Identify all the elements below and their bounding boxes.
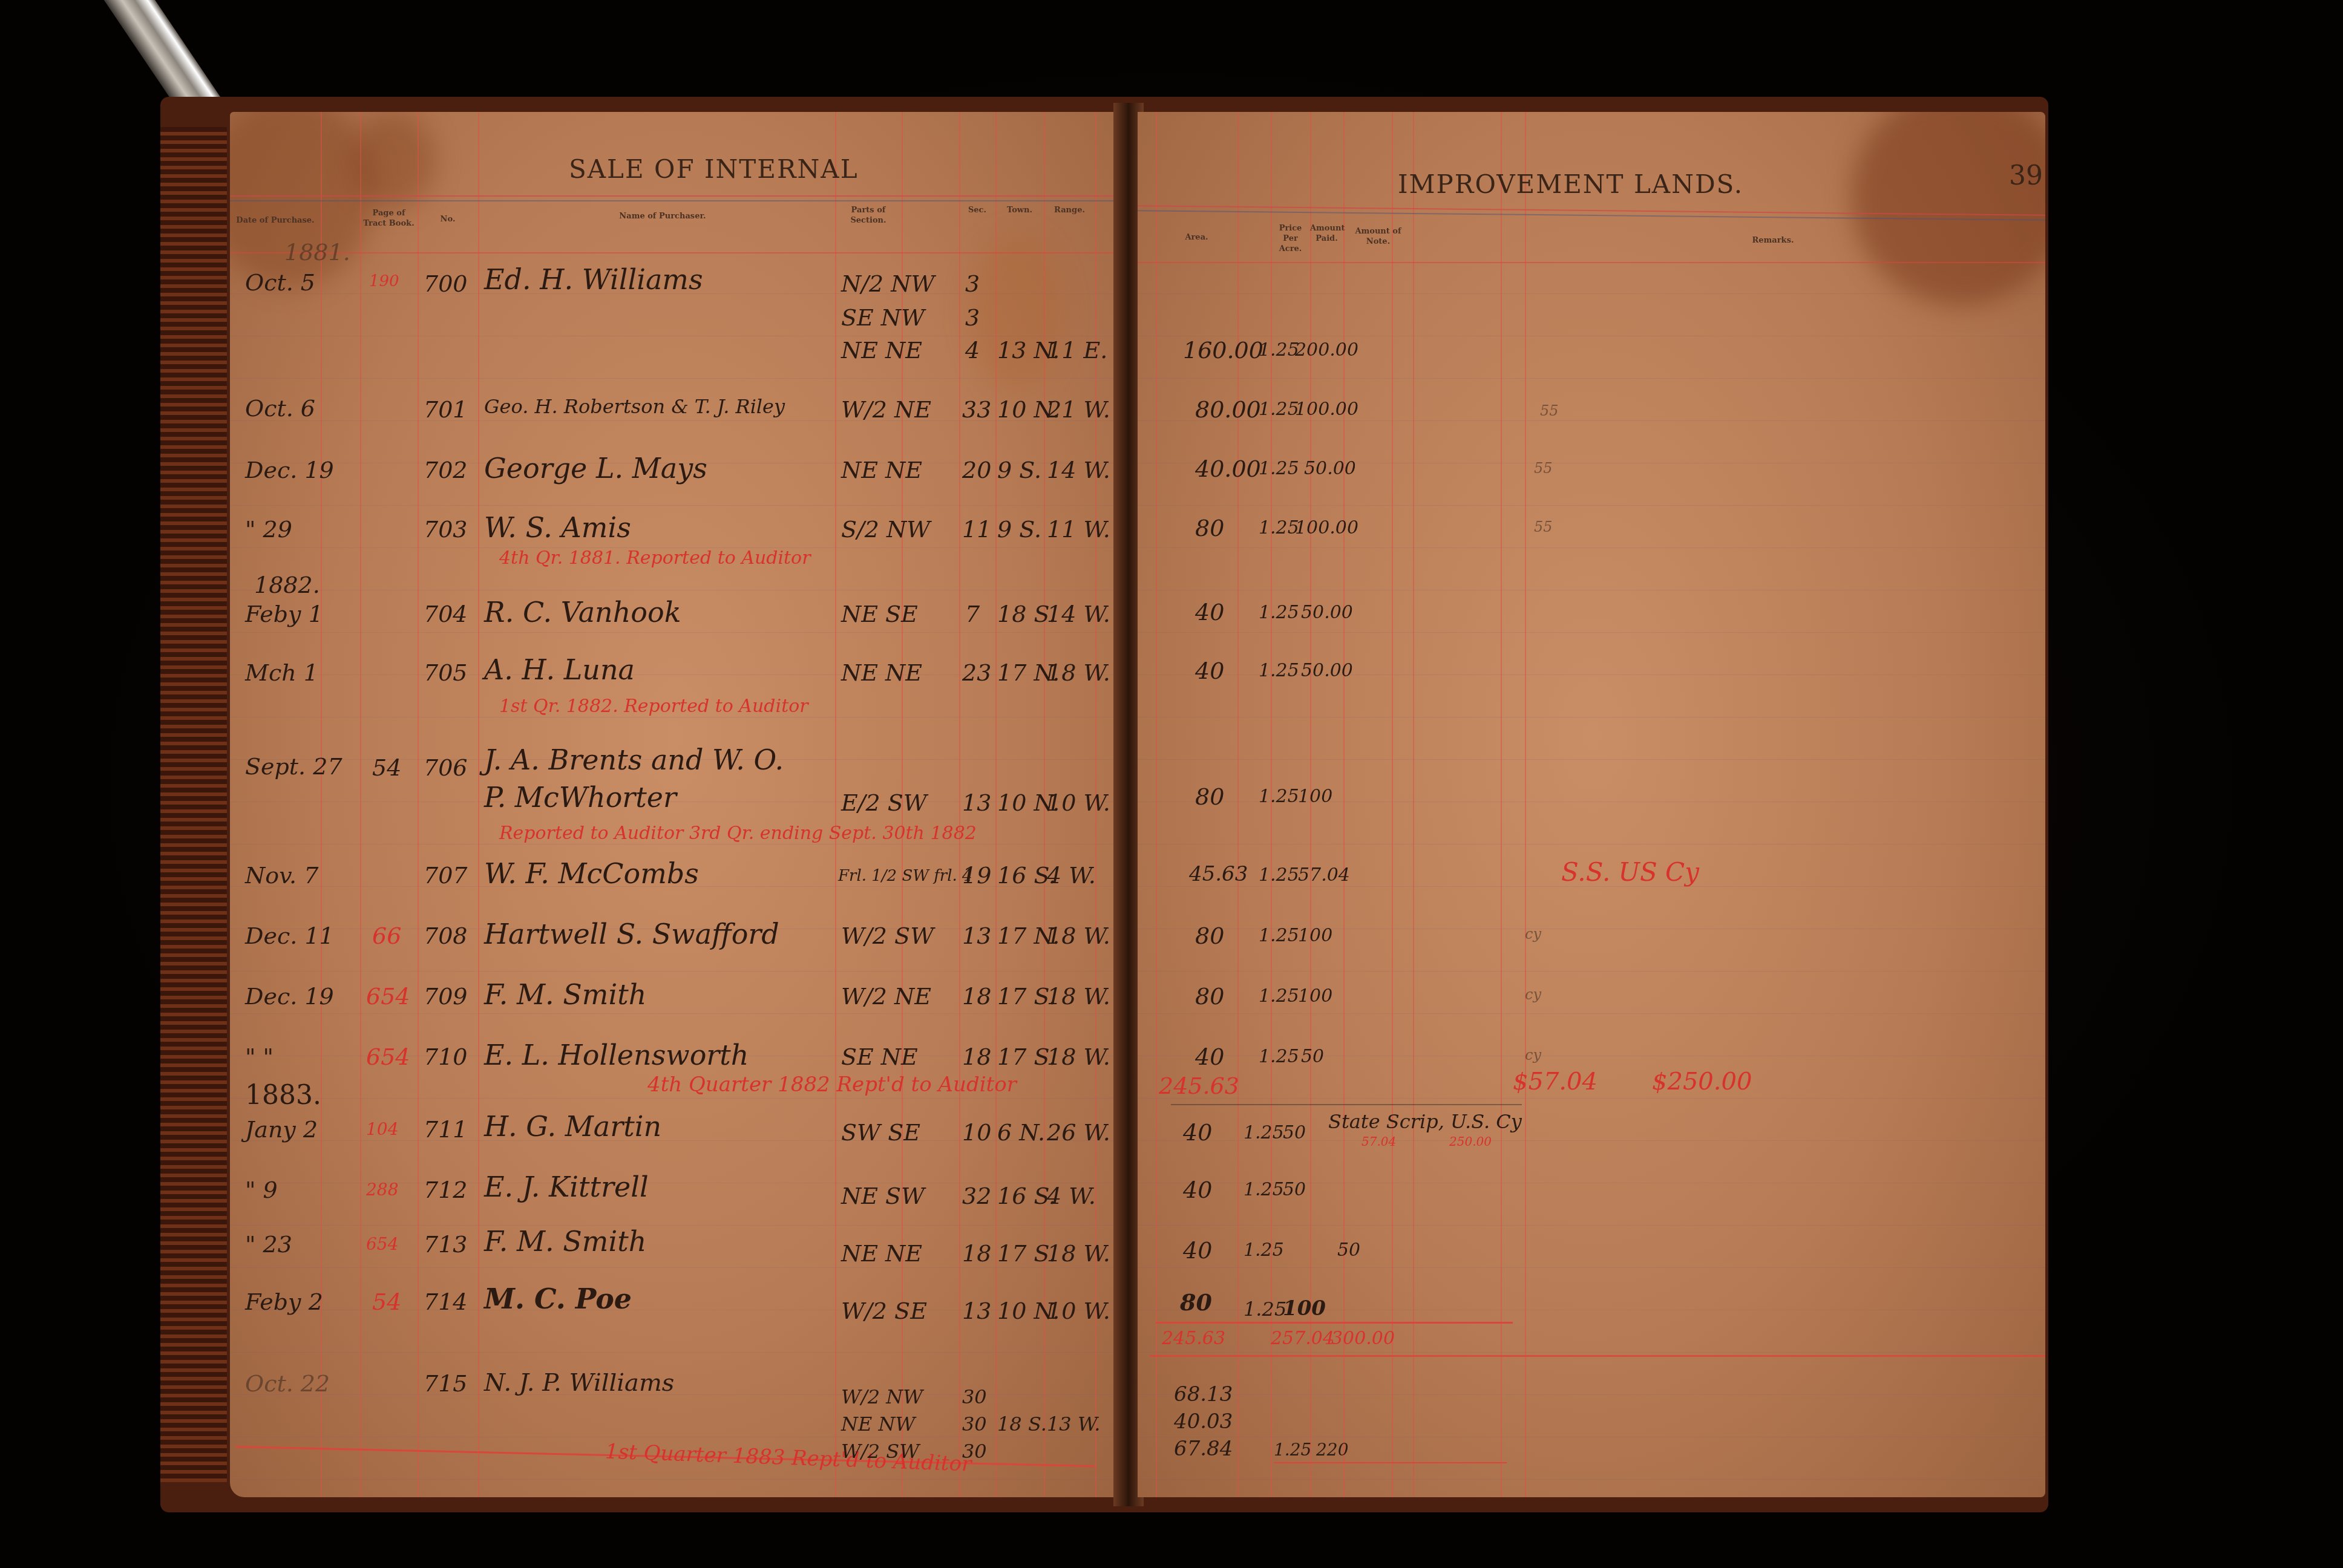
entry-number: 702 xyxy=(424,457,468,483)
auditor-note: 4th Quarter 1882 Rept'd to Auditor xyxy=(647,1073,1017,1097)
entry-sec: 10 xyxy=(962,1119,991,1146)
entry-date: Oct. 5 xyxy=(245,269,315,296)
entry-paid: 50 xyxy=(1283,1179,1306,1200)
entry-name: Hartwell S. Swafford xyxy=(484,918,779,950)
entry-date: Feby 2 xyxy=(245,1289,323,1315)
entry-sec: 18 xyxy=(962,1044,991,1070)
entry-date: Mch 1 xyxy=(245,659,318,686)
entry-range: 11 E. xyxy=(1047,337,1107,364)
auditor-note: 4th Qr. 1881. Reported to Auditor xyxy=(499,547,811,569)
entry-remark: 55 xyxy=(1534,460,1553,477)
entry-price: 1.25 xyxy=(1244,1298,1286,1321)
entry-price: 1.25 xyxy=(1259,458,1299,479)
entry-price: 1.25 xyxy=(1274,1440,1311,1460)
entry-tract-page: 190 xyxy=(369,272,399,290)
entry-number: 709 xyxy=(424,983,468,1010)
entry-remark: S.S. US Cy xyxy=(1561,857,1699,887)
us-currency-total: $250.00 xyxy=(1652,1068,1752,1096)
entry-area: 40 xyxy=(1195,658,1224,684)
entry-number: 712 xyxy=(424,1177,468,1203)
entry-price: 1.25 xyxy=(1259,864,1299,886)
entry-name: R. C. Vanhook xyxy=(484,596,681,629)
entry-range: 14 W. xyxy=(1047,457,1110,483)
entry-remark: 55 xyxy=(1540,402,1559,419)
entry-name: M. C. Poe xyxy=(484,1282,632,1315)
col-paid: Amount Paid. xyxy=(1310,224,1343,244)
entry-sec: 33 xyxy=(962,396,991,423)
entry-sec: 13 xyxy=(962,789,991,816)
entry-date: Dec. 19 xyxy=(245,983,334,1010)
entry-sec: 13 xyxy=(962,923,991,949)
entry-parts: NE NW xyxy=(841,1413,915,1436)
entry-parts: W/2 SE xyxy=(841,1298,927,1324)
entry-sec: 19 xyxy=(962,862,991,889)
entry-number: 711 xyxy=(424,1116,468,1143)
entry-number: 713 xyxy=(424,1231,468,1258)
entry-paid: 50 xyxy=(1283,1122,1306,1143)
entry-area: 80 xyxy=(1195,983,1224,1010)
col-area: Area. xyxy=(1156,233,1237,243)
entry-date: Oct. 6 xyxy=(245,395,315,422)
entry-name: Geo. H. Robertson & T. J. Riley xyxy=(484,395,785,418)
year-1881: 1881. xyxy=(284,239,350,266)
state-scrip-total: $57.04 xyxy=(1513,1068,1597,1096)
entry-parts: W/2 NE xyxy=(841,983,931,1010)
right-page: IMPROVEMENT LANDS. 39 Area. Price Per Ac… xyxy=(1138,112,2045,1497)
entry-range: 14 W. xyxy=(1047,601,1110,627)
entry-range: 10 W. xyxy=(1047,789,1110,816)
page-number: 39 xyxy=(2009,160,2043,191)
entry-paid: 100 xyxy=(1298,985,1332,1007)
entry-price: 1.25 xyxy=(1259,602,1299,623)
col-range: Range. xyxy=(1044,206,1095,216)
entry-price: 1.25 xyxy=(1244,1122,1284,1143)
entry-name: F. M. Smith xyxy=(484,978,646,1011)
entry-area: 160.00 xyxy=(1183,337,1263,364)
entry-sec: 11 xyxy=(962,516,991,543)
entry-parts: NE SE xyxy=(841,601,918,627)
entry-date: " 9 xyxy=(245,1177,278,1203)
note-subtotal: 300.00 xyxy=(1331,1328,1395,1349)
q1-1883-rule xyxy=(1156,1322,1513,1324)
entry-note-amount: 50 xyxy=(1337,1240,1360,1261)
left-page-title: SALE OF INTERNAL xyxy=(569,154,859,184)
entry-area: 40 xyxy=(1183,1119,1212,1146)
col-sec: Sec. xyxy=(959,206,995,216)
entry-name: A. H. Luna xyxy=(484,653,635,686)
col-date: Date of Purchase. xyxy=(230,216,321,226)
entry-area: 80 xyxy=(1180,1289,1212,1316)
entry-number: 707 xyxy=(424,862,468,889)
entry-range: 26 W. xyxy=(1047,1119,1110,1146)
entry-number: 703 xyxy=(424,516,468,543)
entry-sec: 18 xyxy=(962,983,991,1010)
entry-number: 715 xyxy=(424,1370,468,1397)
col-price: Price Per Acre. xyxy=(1271,224,1310,255)
entry-sec: 30 xyxy=(962,1413,987,1436)
entry-tract-page: 654 xyxy=(366,1044,410,1070)
col-remarks: Remarks. xyxy=(1682,236,1864,246)
entry-tract-page: 654 xyxy=(366,1234,398,1254)
entry-paid: 57.04 xyxy=(1298,864,1350,886)
scrip-amount: 57.04 xyxy=(1362,1134,1396,1149)
entry-number: 705 xyxy=(424,659,468,686)
entry-date: " " xyxy=(245,1044,274,1070)
entry-name: E. J. Kittrell xyxy=(484,1171,649,1203)
entry-underline xyxy=(1274,1462,1507,1463)
entry-name: George L. Mays xyxy=(484,452,707,485)
entry-paid: 220 xyxy=(1316,1440,1348,1460)
entry-parts: NE NE xyxy=(841,1240,922,1267)
entry-parts: SE NE xyxy=(841,1044,918,1070)
entry-sec: 30 xyxy=(962,1440,987,1463)
entry-paid: 50.00 xyxy=(1301,660,1353,681)
entry-range: 18 W. xyxy=(1047,923,1110,949)
entry-paid: 50 xyxy=(1301,1046,1324,1067)
entry-range: 21 W. xyxy=(1047,396,1110,423)
area-subtotal: 245.63 xyxy=(1162,1328,1225,1349)
page-edges xyxy=(160,127,227,1482)
col-name: Name of Purchaser. xyxy=(563,212,762,222)
auditor-note: 1st Qr. 1882. Reported to Auditor xyxy=(499,696,808,717)
entry-town: 9 S. xyxy=(997,516,1041,543)
entry-price: 1.25 xyxy=(1244,1240,1284,1261)
entry-number: 714 xyxy=(424,1289,468,1315)
entry-tract-page: 66 xyxy=(372,923,401,949)
entry-area: 40 xyxy=(1183,1177,1212,1203)
entry-range: 18 W. xyxy=(1047,659,1110,686)
entry-parts: NE NE xyxy=(841,337,922,364)
entry-paid: 50.00 xyxy=(1304,458,1356,479)
entry-sec: 18 xyxy=(962,1240,991,1267)
entry-parts: W/2 SW xyxy=(841,1440,919,1463)
entry-price: 1.25 xyxy=(1259,399,1299,420)
entry-remark: 55 xyxy=(1534,518,1553,535)
col-tract-page: Page of Tract Book. xyxy=(360,209,418,229)
entry-parts: W/2 NW xyxy=(841,1385,923,1408)
entry-number: 706 xyxy=(424,754,468,781)
entry-paid: 200.00 xyxy=(1295,339,1358,361)
entry-town: 18 S. xyxy=(997,1413,1047,1436)
entry-area: 40 xyxy=(1183,1237,1212,1264)
entry-parts: N/2 NW xyxy=(841,270,935,297)
entry-price: 1.25 xyxy=(1259,786,1299,807)
entry-parts: E/2 SW xyxy=(841,789,927,816)
entry-parts: SE NW xyxy=(841,304,925,331)
entry-sec: 32 xyxy=(962,1183,991,1209)
entry-tract-page: 654 xyxy=(366,983,410,1010)
entry-area: 40 xyxy=(1195,599,1224,626)
entry-date: Dec. 11 xyxy=(245,923,334,949)
entry-tract-page: 54 xyxy=(372,754,401,781)
entry-date: Nov. 7 xyxy=(245,862,318,889)
entry-number: 701 xyxy=(424,396,468,423)
entry-area: 40 xyxy=(1195,1044,1224,1070)
scrip-label: State Scrip, U.S. Cy xyxy=(1328,1110,1522,1133)
entry-range: 10 W. xyxy=(1047,1298,1110,1324)
entry-town: 6 N. xyxy=(997,1119,1045,1146)
entry-paid: 100 xyxy=(1298,925,1332,946)
entry-name: Ed. H. Williams xyxy=(484,263,703,296)
entry-paid: 100 xyxy=(1298,786,1332,807)
entry-sec: 13 xyxy=(962,1298,991,1324)
entry-area: 80 xyxy=(1195,923,1224,949)
entry-area: 45.63 xyxy=(1189,862,1248,886)
entry-remark: cy xyxy=(1525,986,1541,1003)
entry-date: Oct. 22 xyxy=(245,1370,330,1397)
currency-amount: 250.00 xyxy=(1449,1134,1492,1149)
col-parts: Parts of Section. xyxy=(835,206,902,226)
entry-paid: 100.00 xyxy=(1295,517,1358,538)
entry-name: W. F. McCombs xyxy=(484,857,699,890)
entry-name: E. L. Hollensworth xyxy=(484,1039,749,1071)
area-subtotal: 245.63 xyxy=(1159,1073,1239,1099)
entry-tract-page: 54 xyxy=(372,1289,401,1315)
entry-parts: Frl. 1/2 SW frl. 4 xyxy=(838,867,972,885)
entry-area: 80.00 xyxy=(1195,396,1261,423)
entry-area: 67.84 xyxy=(1174,1437,1233,1461)
entry-tract-page: 288 xyxy=(366,1180,398,1200)
entry-number: 708 xyxy=(424,923,468,949)
entry-price: 1.25 xyxy=(1244,1179,1284,1200)
entry-sec: 30 xyxy=(962,1385,987,1408)
entry-area: 80 xyxy=(1195,783,1224,810)
entry-range: 4 W. xyxy=(1047,1183,1096,1209)
entry-price: 1.25 xyxy=(1259,339,1299,361)
entry-parts: NE NE xyxy=(841,457,922,483)
entry-range: 4 W. xyxy=(1047,862,1096,889)
entry-name: F. M. Smith xyxy=(484,1225,646,1258)
entry-town: 9 S. xyxy=(997,457,1041,483)
entry-range: 11 W. xyxy=(1047,516,1110,543)
entry-paid: 100 xyxy=(1283,1296,1326,1321)
entry-sec: 20 xyxy=(962,457,991,483)
entry-sec: 3 xyxy=(965,270,980,297)
subtotal-rule xyxy=(1171,1104,1522,1105)
left-page: SALE OF INTERNAL Date of Purchase. Page … xyxy=(230,112,1119,1497)
q1-1883-rule-2 xyxy=(1150,1355,2045,1357)
entry-sec: 23 xyxy=(962,659,991,686)
entry-range: 13 W. xyxy=(1047,1413,1100,1436)
entry-price: 1.25 xyxy=(1259,1046,1299,1067)
entry-date: Dec. 19 xyxy=(245,457,334,483)
entry-parts: W/2 SW xyxy=(841,923,934,949)
entry-range: 18 W. xyxy=(1047,983,1110,1010)
entry-name: N. J. P. Williams xyxy=(484,1369,674,1397)
entry-parts: NE SW xyxy=(841,1183,925,1209)
entry-range: 18 W. xyxy=(1047,1240,1110,1267)
col-town: Town. xyxy=(995,206,1044,216)
entry-sec: 7 xyxy=(965,601,980,627)
entry-sec: 4 xyxy=(965,337,980,364)
paid-subtotal: 257.04 xyxy=(1271,1328,1334,1349)
entry-price: 1.25 xyxy=(1259,517,1299,538)
entry-tract-page: 104 xyxy=(366,1119,398,1139)
entry-date: Jany 2 xyxy=(245,1116,318,1143)
year-1883: 1883. xyxy=(245,1080,321,1111)
entry-name: H. G. Martin xyxy=(484,1110,661,1143)
right-page-title: IMPROVEMENT LANDS. xyxy=(1398,169,1743,199)
entry-name: J. A. Brents and W. O. P. McWhorter xyxy=(484,741,811,816)
entry-paid: 100.00 xyxy=(1295,399,1358,420)
entry-parts: W/2 NE xyxy=(841,396,931,423)
year-1882: 1882. xyxy=(254,572,320,598)
entry-parts: SW SE xyxy=(841,1119,920,1146)
entry-number: 710 xyxy=(424,1044,468,1070)
col-note: Amount of Note. xyxy=(1343,227,1413,247)
entry-remark: cy xyxy=(1525,1047,1541,1063)
entry-name: W. S. Amis xyxy=(484,511,631,544)
entry-paid: 50.00 xyxy=(1301,602,1353,623)
entry-area: 68.13 xyxy=(1174,1382,1233,1406)
entry-date: Sept. 27 xyxy=(245,753,342,780)
entry-remark: cy xyxy=(1525,926,1541,942)
entry-date: " 29 xyxy=(245,516,292,543)
entry-parts: NE NE xyxy=(841,659,922,686)
entry-area: 40.00 xyxy=(1195,456,1261,482)
auditor-note: Reported to Auditor 3rd Qr. ending Sept.… xyxy=(499,823,977,844)
entry-price: 1.25 xyxy=(1259,925,1299,946)
entry-date: Feby 1 xyxy=(245,601,323,627)
col-no: No. xyxy=(418,215,478,225)
entry-area: 80 xyxy=(1195,515,1224,541)
entry-date: " 23 xyxy=(245,1231,292,1258)
entry-price: 1.25 xyxy=(1259,985,1299,1007)
entry-price: 1.25 xyxy=(1259,660,1299,681)
entry-sec: 3 xyxy=(965,304,980,331)
entry-area: 40.03 xyxy=(1174,1410,1233,1434)
entry-number: 704 xyxy=(424,601,468,627)
entry-number: 700 xyxy=(424,270,468,297)
entry-range: 18 W. xyxy=(1047,1044,1110,1070)
entry-parts: S/2 NW xyxy=(841,516,930,543)
